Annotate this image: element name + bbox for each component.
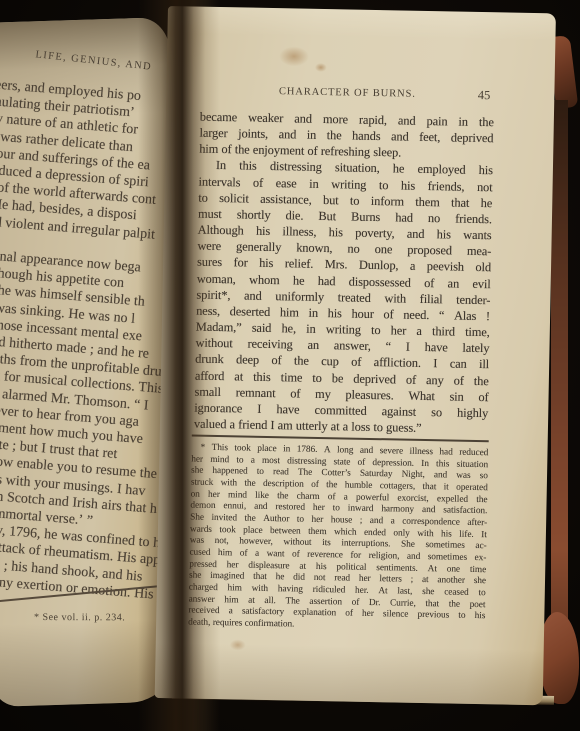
right-running-header: CHARACTER OF BURNS. [279,86,416,100]
foxing-stain [279,46,309,67]
right-page-body: becameweakerandmorerapid,andpaininthelar… [194,109,494,438]
right-footnote: *Thistookplacein1786.Alongandsevereillne… [188,443,489,635]
right-page: CHARACTER OF BURNS. 45 becameweakerandmo… [155,6,556,705]
foxing-stain [230,639,246,650]
book-cover-edge-bottom [539,612,579,704]
book-cover-edge-right [551,100,568,700]
left-footnote: * See vol. ii. p. 234. [34,612,125,623]
photo-background: LIFE, GENIUS, AND unteers,andemployedhis… [0,0,580,731]
paragraph: Inthisdistressingsituation,heemployedhis… [194,157,493,437]
right-header-row: CHARACTER OF BURNS. 45 [200,85,494,102]
foxing-stain [315,63,327,72]
paragraph: becameweakerandmorerapid,andpaininthelar… [199,109,494,163]
page-number: 45 [478,88,491,103]
